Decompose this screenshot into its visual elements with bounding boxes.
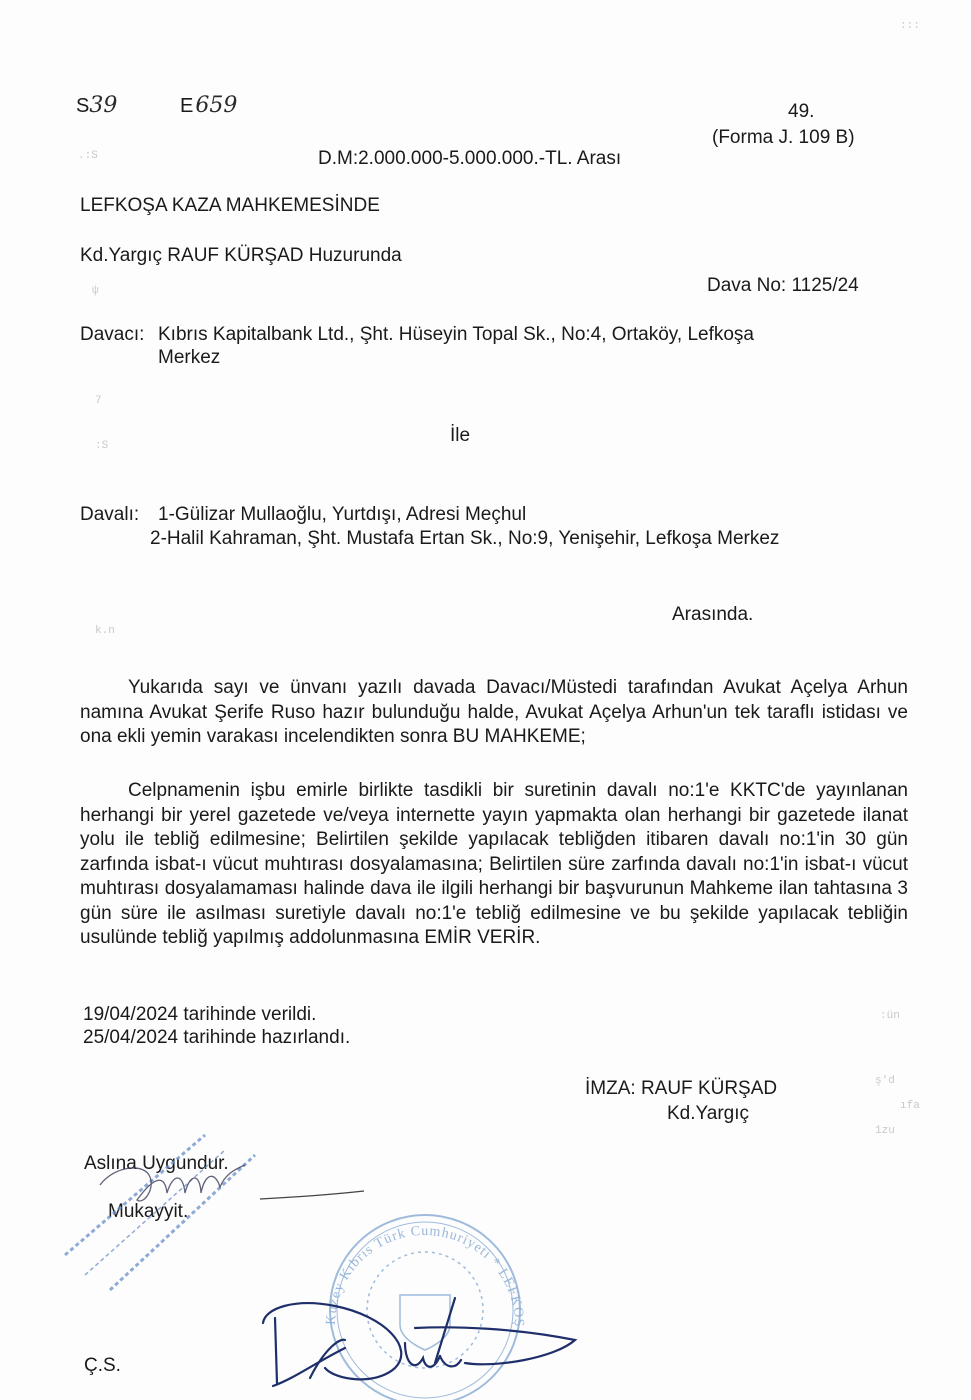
judge-line: Kd.Yargıç RAUF KÜRŞAD Huzurunda <box>80 244 402 268</box>
paragraph-preamble: Yukarıda sayı ve ünvanı yazılı davada Da… <box>80 676 908 750</box>
initials: Ç.S. <box>84 1354 121 1378</box>
defendant-label: Davalı: <box>80 503 139 527</box>
registrar-stamp-icon <box>55 1115 275 1315</box>
court-order-document: .:S ψ 7 :S k.n ::: ıfa :ün ş'd 1zu S39 E… <box>0 0 971 1400</box>
bleed-through-mark: 1zu <box>875 1125 895 1137</box>
e-number-handwritten: 659 <box>195 93 237 118</box>
between-word: İle <box>450 424 470 448</box>
case-number: Dava No: 1125/24 <box>707 274 859 298</box>
court-name: LEFKOŞA KAZA MAHKEMESİNDE <box>80 194 380 218</box>
bleed-through-mark: ş'd <box>875 1075 895 1087</box>
bleed-through-mark: ıfa <box>900 1100 920 1112</box>
defendant-2: 2-Halil Kahraman, Şht. Mustafa Ertan Sk.… <box>150 527 779 551</box>
bleed-through-mark: ψ <box>92 285 99 297</box>
s-prefix: S <box>76 95 89 117</box>
plaintiff-label: Davacı: <box>80 323 144 347</box>
file-e-number: E659 <box>180 94 237 118</box>
date-issued: 19/04/2024 tarihinde verildi. <box>83 1003 316 1027</box>
form-code: (Forma J. 109 B) <box>712 126 855 150</box>
value-range: D.M:2.000.000-5.000.000.-TL. Arası <box>318 147 621 171</box>
plaintiff-line-2: Merkez <box>158 346 220 370</box>
judge-signature-icon <box>255 1268 585 1398</box>
paragraph-order: Celpnamenin işbu emirle birlikte tasdikl… <box>80 779 908 951</box>
bleed-through-mark: :ün <box>880 1010 900 1022</box>
signed-by: İMZA: RAUF KÜRŞAD <box>585 1077 777 1101</box>
judge-title: Kd.Yargıç <box>667 1102 749 1126</box>
page-number: 49. <box>788 100 814 124</box>
bleed-through-mark: .:S <box>78 150 98 162</box>
date-prepared: 25/04/2024 tarihinde hazırlandı. <box>83 1026 350 1050</box>
plaintiff-line-1: Kıbrıs Kapitalbank Ltd., Şht. Hüseyin To… <box>158 323 754 347</box>
e-prefix: E <box>180 95 193 117</box>
bleed-through-mark: 7 <box>95 395 102 407</box>
bleed-through-mark: ::: <box>900 20 920 32</box>
s-number-handwritten: 39 <box>89 93 117 118</box>
defendant-1: 1-Gülizar Mullaoğlu, Yurtdışı, Adresi Me… <box>158 503 526 527</box>
bleed-through-mark: :S <box>95 440 108 452</box>
closing-word: Arasında. <box>672 603 753 627</box>
file-s-number: S39 <box>76 94 117 118</box>
bleed-through-mark: k.n <box>95 625 115 637</box>
